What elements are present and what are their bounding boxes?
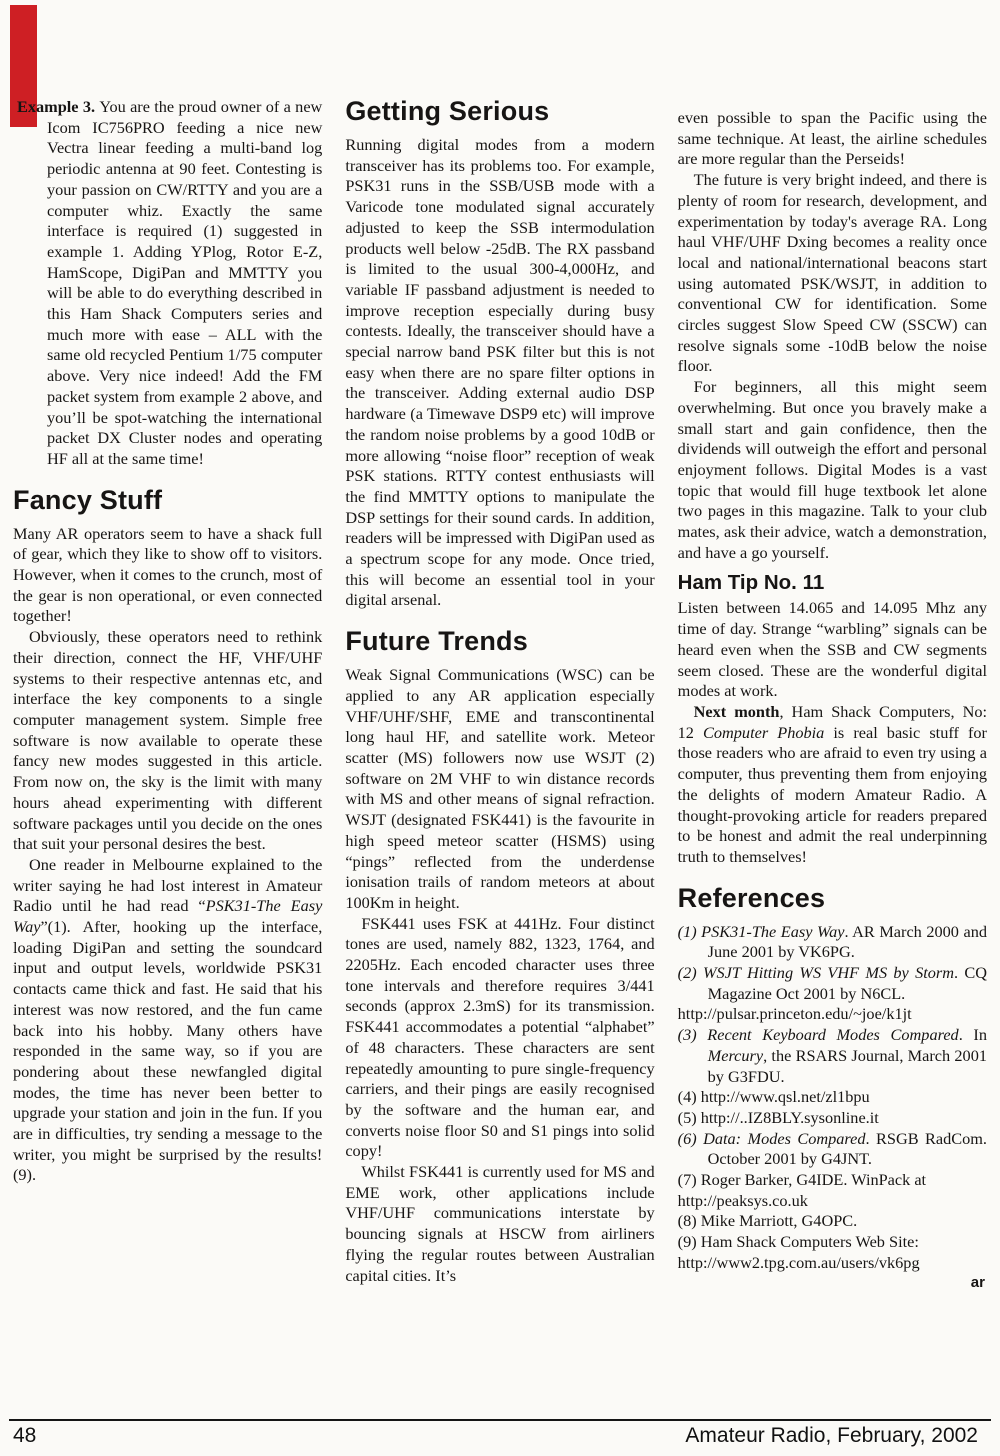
reference-url: http://pulsar.princeton.edu/~joe/k1jt: [678, 1004, 987, 1025]
text-run: is real basic stuff for those readers wh…: [678, 723, 987, 866]
text-run: even possible to span the Pacific using …: [678, 108, 987, 168]
text-run: Getting Serious: [345, 96, 549, 126]
text-run: Running digital modes from a modern tran…: [345, 135, 654, 609]
paragraph: Running digital modes from a modern tran…: [345, 135, 654, 611]
reference-item: (1) PSK31-The Easy Way. AR March 2000 an…: [678, 922, 987, 963]
column-1: Example 3. You are the proud owner of a …: [13, 95, 322, 1414]
paragraph: For beginners, all this might seem overw…: [678, 377, 987, 563]
text-run: FSK441 uses FSK at 441Hz. Four distinct …: [345, 914, 654, 1161]
journal-title: Amateur Radio, February, 2002: [685, 1424, 978, 1448]
example-paragraph: Example 3. You are the proud owner of a …: [13, 97, 322, 470]
text-run: (8) Mike Marriott, G4OPC.: [678, 1211, 858, 1230]
text-run: (6) Data: Modes Compared: [678, 1129, 866, 1148]
magazine-page: Example 3. You are the proud owner of a …: [0, 0, 1000, 1456]
text-run: (1) PSK31-The Easy Way: [678, 922, 845, 941]
section-heading: Getting Serious: [345, 95, 654, 127]
text-run: Example 3.: [17, 97, 99, 116]
text-run: For beginners, all this might seem overw…: [678, 377, 987, 562]
section-heading: Fancy Stuff: [13, 484, 322, 516]
text-run: Many AR operators seem to have a shack f…: [13, 524, 322, 626]
paragraph: Whilst FSK441 is currently used for MS a…: [345, 1162, 654, 1286]
text-run: Ham Tip No. 11: [678, 571, 825, 594]
text-run: ar: [971, 1274, 985, 1291]
section-heading: Future Trends: [345, 625, 654, 657]
text-run: (2) WSJT Hitting WS VHF MS by Storm: [678, 963, 954, 982]
text-run: Fancy Stuff: [13, 485, 162, 515]
section-heading: References: [678, 882, 987, 914]
text-run: Mercury: [708, 1046, 763, 1065]
page-footer: 48 Amateur Radio, February, 2002: [13, 1424, 978, 1448]
text-run: The future is very bright indeed, and th…: [678, 170, 987, 375]
page-number: 48: [13, 1424, 36, 1448]
text-run: (3) Recent Keyboard Modes Compared: [678, 1025, 959, 1044]
paragraph: Next month, Ham Shack Computers, No: 12 …: [678, 702, 987, 868]
reference-item: (3) Recent Keyboard Modes Compared. In M…: [678, 1025, 987, 1087]
end-of-article-marker: ar: [678, 1275, 987, 1291]
reference-item: (5) http://..IZ8BLY.sysonline.it: [678, 1108, 987, 1129]
column-3: even possible to span the Pacific using …: [678, 95, 987, 1414]
text-run: (7) Roger Barker, G4IDE. WinPack at: [678, 1170, 926, 1189]
text-run: (4) http://www.qsl.net/zl1bpu: [678, 1087, 870, 1106]
reference-item: (9) Ham Shack Computers Web Site:: [678, 1232, 987, 1253]
paragraph: Listen between 14.065 and 14.095 Mhz any…: [678, 598, 987, 702]
text-run: http://www2.tpg.com.au/users/vk6pg: [678, 1253, 920, 1272]
text-run: (5) http://..IZ8BLY.sysonline.it: [678, 1108, 879, 1127]
reference-url: http://peaksys.co.uk: [678, 1191, 987, 1212]
article-columns: Example 3. You are the proud owner of a …: [13, 95, 987, 1414]
text-run: Whilst FSK441 is currently used for MS a…: [345, 1162, 654, 1285]
reference-item: (2) WSJT Hitting WS VHF MS by Storm. CQ …: [678, 963, 987, 1004]
paragraph: The future is very bright indeed, and th…: [678, 170, 987, 377]
text-run: ”(1). After, hooking up the interface, l…: [13, 917, 322, 1184]
reference-item: (4) http://www.qsl.net/zl1bpu: [678, 1087, 987, 1108]
text-run: Listen between 14.065 and 14.095 Mhz any…: [678, 598, 987, 700]
text-run: http://pulsar.princeton.edu/~joe/k1jt: [678, 1004, 912, 1023]
reference-item: (6) Data: Modes Compared. RSGB RadCom. O…: [678, 1129, 987, 1170]
footer-rule: [9, 1419, 991, 1421]
paragraph: One reader in Melbourne explained to the…: [13, 855, 322, 1186]
reference-item: (7) Roger Barker, G4IDE. WinPack at: [678, 1170, 987, 1191]
paragraph: FSK441 uses FSK at 441Hz. Four distinct …: [345, 914, 654, 1162]
text-run: http://peaksys.co.uk: [678, 1191, 808, 1210]
text-run: Weak Signal Communications (WSC) can be …: [345, 665, 654, 912]
text-run: You are the proud owner of a new Icom IC…: [47, 97, 322, 468]
text-run: Next month: [694, 702, 780, 721]
paragraph: Weak Signal Communications (WSC) can be …: [345, 665, 654, 913]
subsection-heading: Ham Tip No. 11: [678, 570, 987, 595]
text-run: Future Trends: [345, 626, 528, 656]
paragraph: Many AR operators seem to have a shack f…: [13, 524, 322, 628]
paragraph: Obviously, these operators need to rethi…: [13, 627, 322, 855]
text-run: (9) Ham Shack Computers Web Site:: [678, 1232, 919, 1251]
reference-item: (8) Mike Marriott, G4OPC.: [678, 1211, 987, 1232]
paragraph: even possible to span the Pacific using …: [678, 108, 987, 170]
text-run: Computer Phobia: [703, 723, 824, 742]
reference-url: http://www2.tpg.com.au/users/vk6pg: [678, 1253, 987, 1274]
text-run: References: [678, 883, 826, 913]
column-2: Getting SeriousRunning digital modes fro…: [345, 95, 654, 1414]
text-run: . In: [959, 1025, 987, 1044]
text-run: Obviously, these operators need to rethi…: [13, 627, 322, 853]
